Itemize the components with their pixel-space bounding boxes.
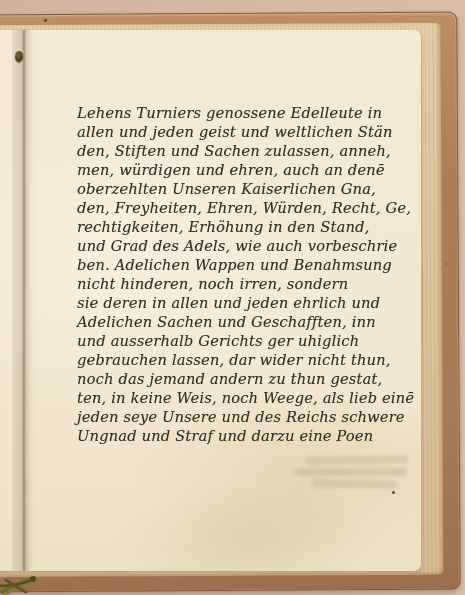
manuscript-line: gebrauchen lassen, dar wider nicht thun, xyxy=(77,351,407,370)
manuscript-line: nicht hinderen, noch irren, sondern xyxy=(77,275,407,294)
ink-speck xyxy=(44,19,47,22)
manuscript-line: jeden seye Unsere und des Reichs schwere xyxy=(77,408,407,427)
manuscript-line: allen und jeden geist und weltlichen Stä… xyxy=(77,123,407,142)
ink-speck xyxy=(392,491,395,494)
manuscript-line: und Grad des Adels, wie auch vorbeschrie xyxy=(77,237,407,256)
manuscript-line: den, Freyheiten, Ehren, Würden, Recht, G… xyxy=(77,199,407,218)
manuscript-line: oberzehlten Unseren Kaiserlichen Gna, xyxy=(77,180,407,199)
show-through-text-smudge xyxy=(293,452,413,510)
manuscript-line: Lehens Turniers genossene Edelleute in xyxy=(77,104,407,123)
handwritten-text-block: Lehens Turniers genossene Edelleute in a… xyxy=(77,104,407,446)
binding-gutter-crease xyxy=(12,30,38,571)
manuscript-line: rechtigkeiten, Erhöhung in den Stand, xyxy=(77,218,407,237)
manuscript-line: und ausserhalb Gerichts ger uhiglich xyxy=(77,332,407,351)
manuscript-line: men, würdigen und ehren, auch an denē xyxy=(77,161,407,180)
manuscript-line: noch das jemand andern zu thun gestat, xyxy=(77,370,407,389)
manuscript-line: den, Stiften und Sachen zulassen, anneh, xyxy=(77,142,407,161)
manuscript-line: sie deren in allen und jeden ehrlich und xyxy=(77,294,407,313)
manuscript-line: Ungnad und Straf und darzu eine Poen xyxy=(77,427,407,446)
manuscript-line: ten, in keine Weis, noch Weege, als lieb… xyxy=(77,389,407,408)
ink-speck xyxy=(446,263,448,265)
scanned-book-photo: Lehens Turniers genossene Edelleute in a… xyxy=(0,0,465,595)
binding-cord-tassel xyxy=(0,556,70,595)
manuscript-line: Adelichen Sachen und Geschafften, inn xyxy=(77,313,407,332)
manuscript-line: ben. Adelichen Wappen und Benahmsung xyxy=(77,256,407,275)
